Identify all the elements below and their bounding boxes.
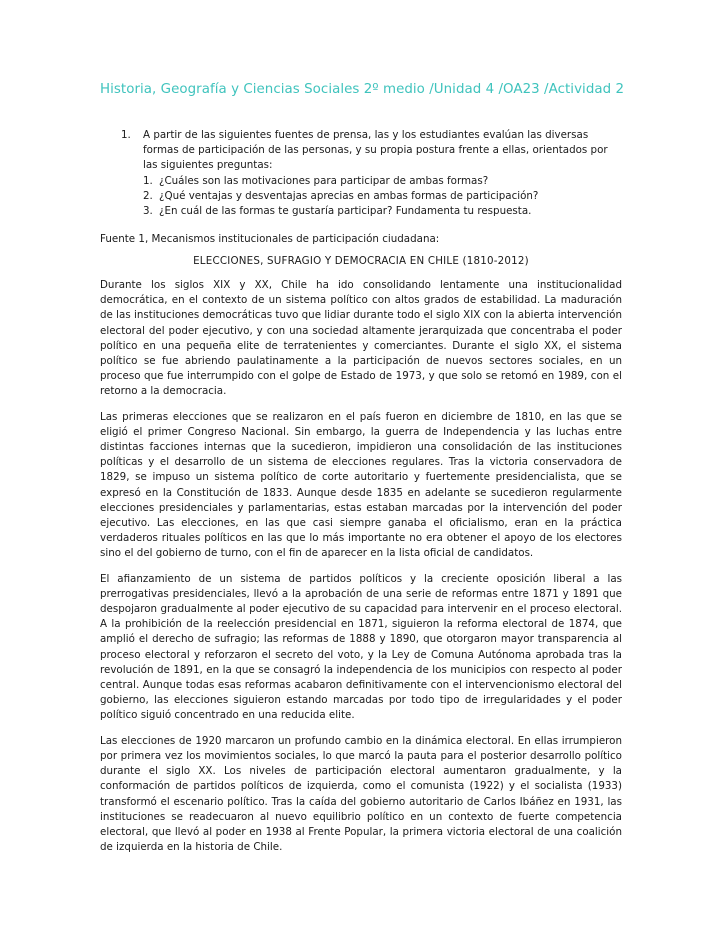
- activity-item: 1. A partir de las siguientes fuentes de…: [121, 128, 622, 219]
- question-number: 1.: [143, 174, 153, 189]
- article-body: Durante los siglos XIX y XX, Chile ha id…: [100, 278, 622, 865]
- question-text: ¿Cuáles son las motivaciones para partic…: [159, 175, 488, 187]
- article-paragraph: Las primeras elecciones que se realizaro…: [100, 410, 622, 562]
- question-list: 1. ¿Cuáles son las motivaciones para par…: [143, 174, 622, 220]
- question-item: 1. ¿Cuáles son las motivaciones para par…: [143, 174, 622, 189]
- question-item: 3. ¿En cuál de las formas te gustaría pa…: [143, 204, 622, 219]
- question-text: ¿En cuál de las formas te gustaría parti…: [159, 205, 531, 217]
- source-label: Fuente 1, Mecanismos institucionales de …: [100, 233, 439, 245]
- question-item: 2. ¿Qué ventajas y desventajas aprecias …: [143, 189, 622, 204]
- article-paragraph: Durante los siglos XIX y XX, Chile ha id…: [100, 278, 622, 400]
- question-text: ¿Qué ventajas y desventajas aprecias en …: [159, 190, 538, 202]
- article-paragraph: Las elecciones de 1920 marcaron un profu…: [100, 734, 622, 856]
- article-paragraph: El afianzamiento de un sistema de partid…: [100, 572, 622, 724]
- question-number: 2.: [143, 189, 153, 204]
- article-heading: ELECCIONES, SUFRAGIO Y DEMOCRACIA EN CHI…: [100, 255, 622, 267]
- activity-number: 1.: [121, 128, 131, 143]
- activity-instructions: 1. A partir de las siguientes fuentes de…: [121, 128, 622, 219]
- question-number: 3.: [143, 204, 153, 219]
- activity-text: A partir de las siguientes fuentes de pr…: [143, 129, 608, 171]
- document-title: Historia, Geografía y Ciencias Sociales …: [100, 82, 660, 97]
